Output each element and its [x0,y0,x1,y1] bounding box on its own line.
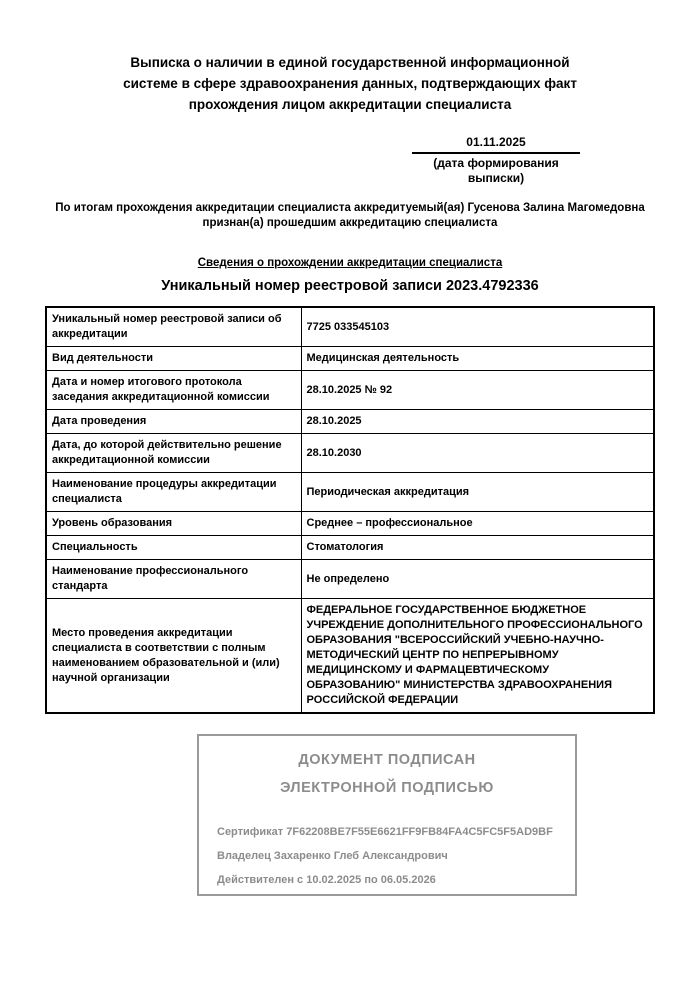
formation-date-block: 01.11.2025 (дата формирования выписки) [412,135,580,186]
table-row: Дата, до которой действительно решение а… [46,434,654,473]
certificate-line: Сертификат 7F62208BE7F55E6621FF9FB84FA4C… [217,820,557,844]
table-row: Уникальный номер реестровой записи об ак… [46,307,654,347]
row-label: Уровень образования [46,512,301,536]
intro-paragraph: По итогам прохождения аккредитации специ… [45,201,655,231]
row-label: Наименование процедуры аккредитации спец… [46,473,301,512]
table-row: Дата и номер итогового протокола заседан… [46,371,654,410]
row-value: 7725 033545103 [301,307,654,347]
formation-date: 01.11.2025 [412,135,580,154]
title-line: системе в сфере здравоохранения данных, … [45,73,655,94]
page-title: Выписка о наличии в единой государственн… [45,52,655,115]
title-line: прохождения лицом аккредитации специалис… [45,94,655,115]
row-value: 28.10.2030 [301,434,654,473]
accreditation-table: Уникальный номер реестровой записи об ак… [45,306,655,714]
signature-details: Сертификат 7F62208BE7F55E6621FF9FB84FA4C… [217,820,557,892]
table-row: Наименование профессионального стандарта… [46,560,654,599]
row-label: Специальность [46,536,301,560]
signature-header-line: ЭЛЕКТРОННОЙ ПОДПИСЬЮ [217,774,557,802]
row-value: Стоматология [301,536,654,560]
intro-line: По итогам прохождения аккредитации специ… [45,201,655,216]
row-value: 28.10.2025 [301,410,654,434]
row-label: Вид деятельности [46,347,301,371]
table-row: Специальность Стоматология [46,536,654,560]
row-label: Дата, до которой действительно решение а… [46,434,301,473]
row-value: 28.10.2025 № 92 [301,371,654,410]
owner-line: Владелец Захаренко Глеб Александрович [217,844,557,868]
row-label: Дата и номер итогового протокола заседан… [46,371,301,410]
row-label: Дата проведения [46,410,301,434]
row-label: Уникальный номер реестровой записи об ак… [46,307,301,347]
row-label: Наименование профессионального стандарта [46,560,301,599]
formation-date-caption: (дата формирования выписки) [412,154,580,186]
signature-header: ДОКУМЕНТ ПОДПИСАН ЭЛЕКТРОННОЙ ПОДПИСЬЮ [217,746,557,802]
registry-number: Уникальный номер реестровой записи 2023.… [45,278,655,294]
row-value: ФЕДЕРАЛЬНОЕ ГОСУДАРСТВЕННОЕ БЮДЖЕТНОЕ УЧ… [301,599,654,714]
validity-line: Действителен с 10.02.2025 по 06.05.2026 [217,868,557,892]
row-value: Периодическая аккредитация [301,473,654,512]
section-heading: Сведения о прохождении аккредитации спец… [45,257,655,269]
digital-signature-stamp: ДОКУМЕНТ ПОДПИСАН ЭЛЕКТРОННОЙ ПОДПИСЬЮ С… [197,734,577,896]
signature-header-line: ДОКУМЕНТ ПОДПИСАН [217,746,557,774]
table-row: Наименование процедуры аккредитации спец… [46,473,654,512]
row-value: Медицинская деятельность [301,347,654,371]
table-row: Дата проведения 28.10.2025 [46,410,654,434]
row-value: Среднее – профессиональное [301,512,654,536]
document-page: Выписка о наличии в единой государственн… [0,0,700,896]
intro-line: признан(а) прошедшим аккредитацию специа… [45,216,655,231]
table-row: Место проведения аккредитации специалист… [46,599,654,714]
table-row: Уровень образования Среднее – профессион… [46,512,654,536]
row-value: Не определено [301,560,654,599]
table-row: Вид деятельности Медицинская деятельност… [46,347,654,371]
row-label: Место проведения аккредитации специалист… [46,599,301,714]
title-line: Выписка о наличии в единой государственн… [45,52,655,73]
